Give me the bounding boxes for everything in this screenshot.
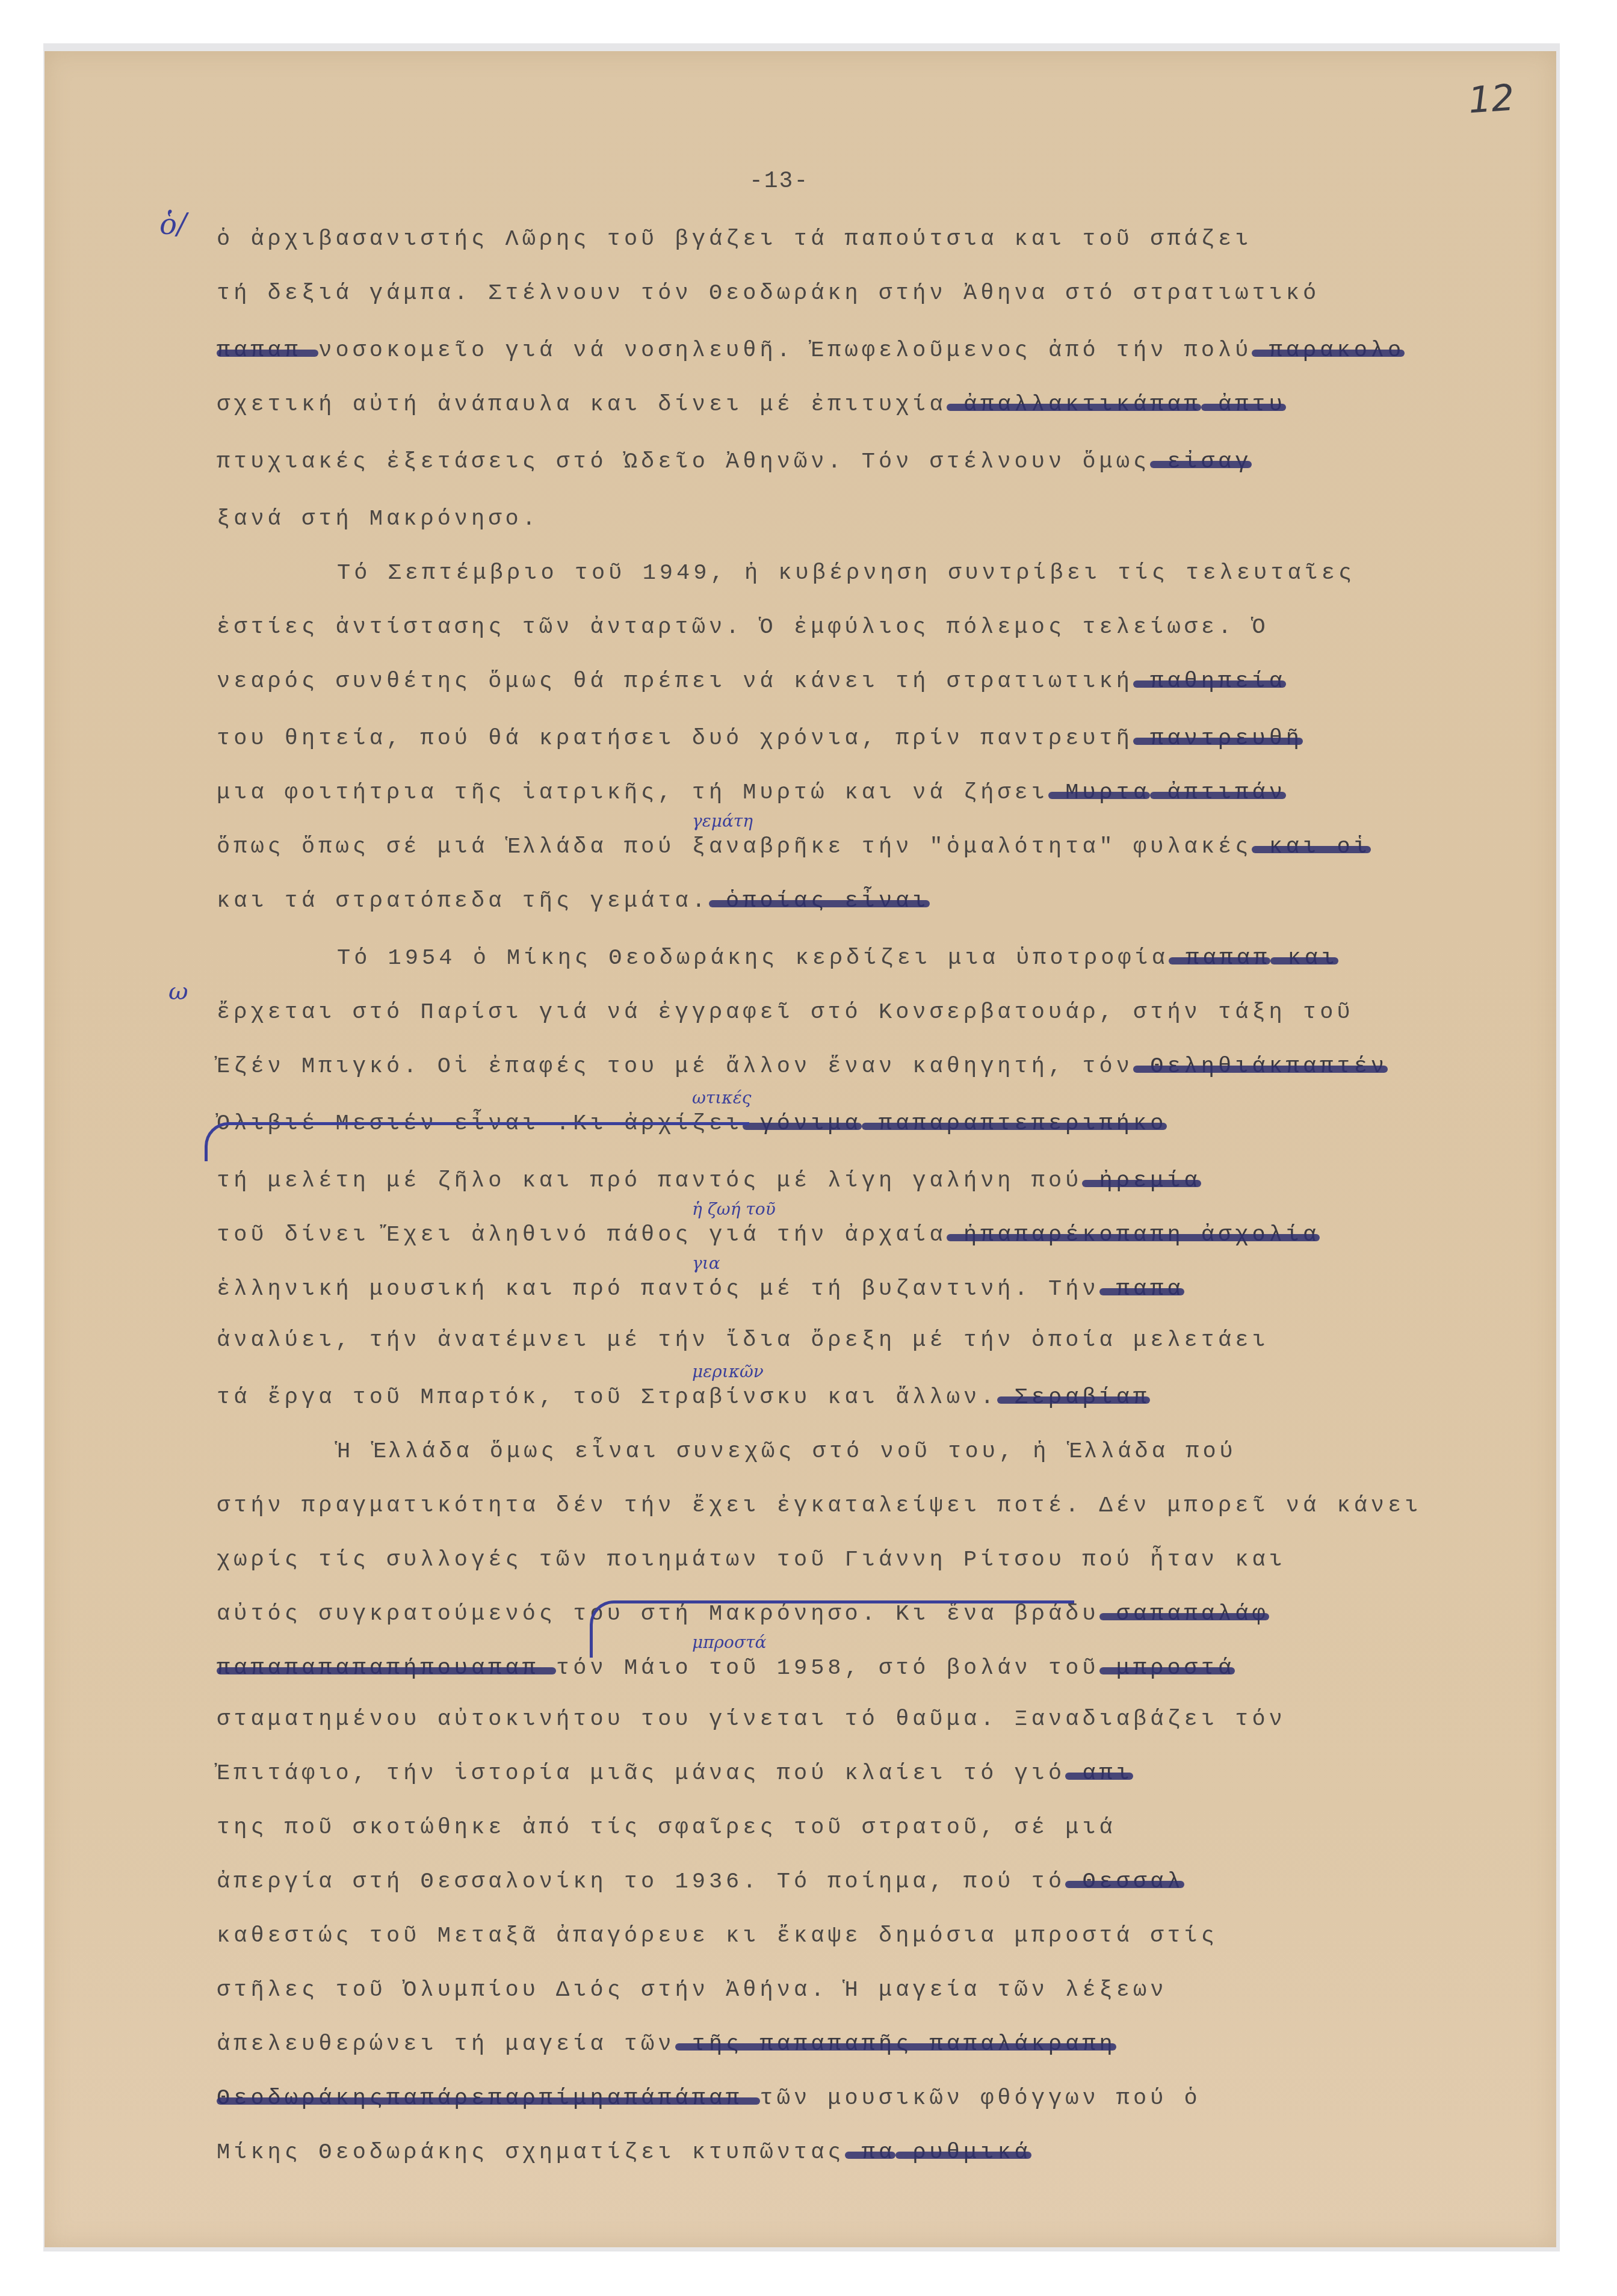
struck-text: Θεσσαλ — [1065, 1869, 1184, 1895]
margin-note: ὁ/ — [159, 208, 187, 241]
line-text: στῆλες τοῦ Ὀλυμπίου Διός στήν Ἀθήνα. Ἡ μ… — [217, 1978, 1167, 2003]
typed-line: πτυχιακές ἐξετάσεις στό Ὠδεῖο Ἀθηνῶν. Τό… — [217, 451, 1252, 474]
line-text: τοῦ δίνει Ἔχει ἀληθινό πάθος γιά τήν ἀρχ… — [217, 1223, 947, 1248]
struck-text: ἀπαλλακτικάπαπ — [947, 392, 1201, 418]
struck-text: Σεραβίαπ — [997, 1385, 1150, 1410]
typed-line: σχετική αὐτή ἀνάπαυλα και δίνει μέ ἐπιτυ… — [217, 394, 1286, 416]
typed-line: ἔρχεται στό Παρίσι γιά νά ἐγγραφεῖ στό Κ… — [217, 1002, 1354, 1024]
typed-line: ξανά στή Μακρόνησο. — [217, 508, 539, 531]
typed-line: ἑλληνική μουσική και πρό παντός μέ τή βυ… — [217, 1279, 1184, 1301]
struck-text: πα — [845, 2140, 896, 2165]
typed-line: ἀπελευθερώνει τή μαγεία τῶν τῆς παπαπαπῆ… — [217, 2034, 1116, 2056]
typed-line: Ἡ Ἑλλάδα ὅμως εἶναι συνεχῶς στό νοῦ του,… — [337, 1441, 1237, 1463]
line-text: ἀπεργία στή Θεσσαλονίκη το 1936. Τό ποίη… — [217, 1869, 1065, 1895]
line-text: Τό 1954 ὁ Μίκης Θεοδωράκης κερδίζει μια … — [337, 946, 1169, 971]
line-text: της ποῦ σκοτώθηκε ἀπό τίς σφαῖρες τοῦ στ… — [217, 1815, 1116, 1841]
typed-line: Μίκης Θεοδωράκης σχηματίζει κτυπῶντας πα… — [217, 2142, 1031, 2164]
line-text: Ἐζέν Μπιγκό. Οἱ ἐπαφές του μέ ἄλλον ἕναν… — [217, 1054, 1133, 1079]
line-text: τά ἔργα τοῦ Μπαρτόκ, τοῦ Στραβίνσκυ και … — [217, 1385, 997, 1410]
typed-line: τή δεξιά γάμπα. Στέλνουν τόν Θεοδωράκη σ… — [217, 283, 1320, 305]
margin-note: ω — [169, 978, 188, 1005]
handwritten-insertion: μπροστά — [692, 1632, 766, 1652]
struck-text: παπαπ — [217, 338, 318, 363]
typed-line: παπαπ νοσοκομεῖο γιά νά νοσηλευθῆ. Ἐπωφε… — [217, 340, 1405, 362]
line-text: χωρίς τίς συλλογές τῶν ποιημάτων τοῦ Γιά… — [217, 1548, 1286, 1573]
struck-text: παντρευθῆ — [1133, 726, 1303, 751]
struck-text: παπα — [1099, 1277, 1184, 1302]
line-text: ἔρχεται στό Παρίσι γιά νά ἐγγραφεῖ στό Κ… — [217, 1000, 1354, 1025]
line-text: πτυχιακές ἐξετάσεις στό Ὠδεῖο Ἀθηνῶν. Τό… — [217, 449, 1150, 475]
line-text: σταματημένου αὐτοκινήτου του γίνεται τό … — [217, 1707, 1286, 1732]
struck-text: παπαραπτεπεριπήκο — [862, 1111, 1167, 1137]
line-text: μια φοιτήτρια τῆς ἰατρικῆς, τή Μυρτώ και… — [217, 780, 1048, 806]
line-text: ἑλληνική μουσική και πρό παντός μέ τή βυ… — [217, 1277, 1099, 1302]
page-number: -13- — [749, 168, 809, 194]
typed-line: τή μελέτη μέ ζῆλο και πρό παντός μέ λίγη… — [217, 1170, 1201, 1193]
struck-text: απι — [1065, 1761, 1133, 1786]
typed-line: παπαπαπαπαπήπουαπαπ τόν Μάιο τοῦ 1958, σ… — [217, 1658, 1235, 1680]
line-text: ὅπως ὅπως σέ μιά Ἑλλάδα πού ξαναβρῆκε τή… — [217, 835, 1252, 860]
handwritten-insertion: ωτικές — [692, 1088, 751, 1108]
struck-text: Θεοδωράκηςπαπάρεπαρπίμηαπάπάπαπ — [217, 2086, 760, 2111]
struck-text: παπαπ — [1169, 946, 1270, 971]
struck-text: τῆς παπαπαπῆς παπαλάκραπη — [675, 2032, 1116, 2057]
struck-text: παπαπαπαπαπήπουαπαπ — [217, 1656, 556, 1681]
line-text: Ἐπιτάφιο, τήν ἱστορία μιᾶς μάνας πού κλα… — [217, 1761, 1065, 1786]
line-text: τῶν μουσικῶν φθόγγων πού ὁ — [760, 2086, 1201, 2111]
folio-number: 12 — [1467, 76, 1516, 122]
typed-line: τοῦ δίνει Ἔχει ἀληθινό πάθος γιά τήν ἀρχ… — [217, 1224, 1320, 1247]
line-text: του θητεία, πού θά κρατήσει δυό χρόνια, … — [217, 726, 1133, 751]
struck-text: και οἱ — [1252, 835, 1370, 860]
line-text: στήν πραγματικότητα δέν τήν ἔχει ἐγκαταλ… — [217, 1493, 1421, 1519]
typed-line: ἀναλύει, τήν ἀνατέμνει μέ τήν ἴδια ὄρεξη… — [217, 1330, 1269, 1352]
struck-text: ρυθμικά — [895, 2140, 1031, 2165]
struck-text: ἠρεμία — [1082, 1168, 1201, 1194]
typed-line: του θητεία, πού θά κρατήσει δυό χρόνια, … — [217, 728, 1303, 750]
struck-text: ἡπαπαρέκοπαπη ἀσχολία — [947, 1223, 1320, 1248]
line-text: νοσοκομεῖο γιά νά νοσηλευθῆ. Ἐπωφελοῦμεν… — [318, 338, 1252, 363]
typed-line: Τό 1954 ὁ Μίκης Θεοδωράκης κερδίζει μια … — [337, 948, 1338, 970]
typed-line: ὁ ἀρχιβασανιστής Λῶρης τοῦ βγάζει τά παπ… — [217, 229, 1252, 251]
typed-line: σταματημένου αὐτοκινήτου του γίνεται τό … — [217, 1709, 1286, 1731]
handwritten-insertion: για — [692, 1253, 720, 1273]
typed-line: στήν πραγματικότητα δέν τήν ἔχει ἐγκαταλ… — [217, 1495, 1421, 1517]
struck-text: παρακολο — [1252, 338, 1405, 363]
typed-line: Ἐζέν Μπιγκό. Οἱ ἐπαφές του μέ ἄλλον ἕναν… — [217, 1056, 1388, 1078]
line-text: τόν Μάιο τοῦ 1958, στό βολάν τοῦ — [556, 1656, 1099, 1681]
typed-line: ὅπως ὅπως σέ μιά Ἑλλάδα πού ξαναβρῆκε τή… — [217, 836, 1371, 859]
typed-line: Τό Σεπτέμβριο τοῦ 1949, ἡ κυβέρνηση συντ… — [337, 563, 1355, 585]
typed-line: καθεστώς τοῦ Μεταξᾶ ἀπαγόρευε κι ἔκαψε δ… — [217, 1925, 1218, 1948]
handwritten-insertion: ἡ ζωή τοῦ — [692, 1199, 776, 1219]
struck-text: γόνιμα — [743, 1111, 861, 1137]
struck-text: μπροστά — [1099, 1656, 1235, 1681]
typed-line: και τά στρατόπεδα τῆς γεμάτα. ὁποίας εἶν… — [217, 890, 930, 913]
typed-line: ἀπεργία στή Θεσσαλονίκη το 1936. Τό ποίη… — [217, 1871, 1184, 1893]
line-text: σχετική αὐτή ἀνάπαυλα και δίνει μέ ἐπιτυ… — [217, 392, 947, 418]
line-text: ὁ ἀρχιβασανιστής Λῶρης τοῦ βγάζει τά παπ… — [217, 227, 1252, 252]
struck-text: και — [1270, 946, 1338, 971]
typed-line: μια φοιτήτρια τῆς ἰατρικῆς, τή Μυρτώ και… — [217, 782, 1286, 804]
line-text: τή μελέτη μέ ζῆλο και πρό παντός μέ λίγη… — [217, 1168, 1082, 1194]
line-text: ξανά στή Μακρόνησο. — [217, 507, 539, 532]
line-text: ἀπελευθερώνει τή μαγεία τῶν — [217, 2032, 675, 2057]
typed-line: στῆλες τοῦ Ὀλυμπίου Διός στήν Ἀθήνα. Ἡ μ… — [217, 1980, 1167, 2002]
struck-text: ὁποίας εἶναι — [709, 889, 930, 914]
typed-line: ἑστίες ἀντίστασης τῶν ἀνταρτῶν. Ὁ ἐμφύλι… — [217, 617, 1269, 639]
line-text: Ἡ Ἑλλάδα ὅμως εἶναι συνεχῶς στό νοῦ του,… — [337, 1439, 1237, 1464]
line-text: τή δεξιά γάμπα. Στέλνουν τόν Θεοδωράκη σ… — [217, 281, 1320, 306]
typed-line: της ποῦ σκοτώθηκε ἀπό τίς σφαῖρες τοῦ στ… — [217, 1817, 1116, 1839]
line-text: ἀναλύει, τήν ἀνατέμνει μέ τήν ἴδια ὄρεξη… — [217, 1328, 1269, 1353]
handwritten-insertion: μερικῶν — [692, 1362, 764, 1381]
line-text: ἑστίες ἀντίστασης τῶν ἀνταρτῶν. Ὁ ἐμφύλι… — [217, 615, 1269, 640]
typed-line: Ἐπιτάφιο, τήν ἱστορία μιᾶς μάνας πού κλα… — [217, 1763, 1133, 1785]
struck-text: ἀπτιπάν — [1150, 780, 1286, 806]
handwritten-insertion: γεμάτη — [692, 811, 753, 831]
typed-line: νεαρός συνθέτης ὅμως θά πρέπει νά κάνει … — [217, 671, 1286, 693]
line-text: και τά στρατόπεδα τῆς γεμάτα. — [217, 889, 709, 914]
typed-line: χωρίς τίς συλλογές τῶν ποιημάτων τοῦ Γιά… — [217, 1549, 1286, 1572]
struck-text: Θεληθιάκπαπτέν — [1133, 1054, 1388, 1079]
struck-text: σαπαπαλάφ — [1099, 1602, 1269, 1627]
pen-insertion-bracket — [590, 1600, 1074, 1658]
line-text: Τό Σεπτέμβριο τοῦ 1949, ἡ κυβέρνηση συντ… — [337, 561, 1355, 586]
typed-line: Θεοδωράκηςπαπάρεπαρπίμηαπάπάπαπ τῶν μουσ… — [217, 2088, 1201, 2110]
struck-text: παθηπεία — [1133, 669, 1286, 694]
struck-text: Μυρτα — [1048, 780, 1150, 806]
line-text: Μίκης Θεοδωράκης σχηματίζει κτυπῶντας — [217, 2140, 845, 2165]
line-text: καθεστώς τοῦ Μεταξᾶ ἀπαγόρευε κι ἔκαψε δ… — [217, 1924, 1218, 1949]
typed-line: τά ἔργα τοῦ Μπαρτόκ, τοῦ Στραβίνσκυ και … — [217, 1387, 1150, 1409]
struck-text: εἰσαγ — [1150, 449, 1252, 475]
line-text: νεαρός συνθέτης ὅμως θά πρέπει νά κάνει … — [217, 669, 1133, 694]
pen-insertion-bracket — [205, 1122, 749, 1161]
struck-text: ἀπτυ — [1201, 392, 1286, 418]
